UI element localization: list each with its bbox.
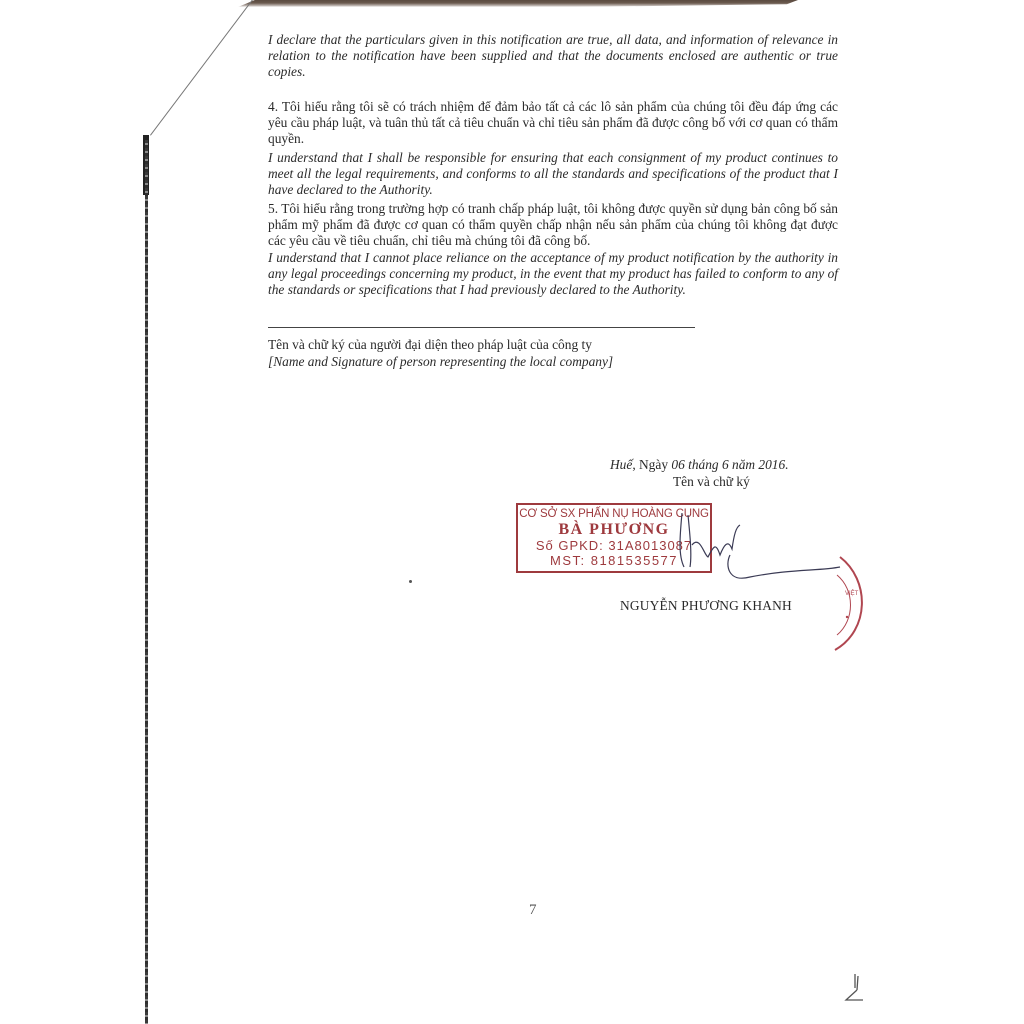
- item-4-en: I understand that I shall be responsible…: [268, 150, 838, 198]
- sign-label: Tên và chữ ký: [673, 474, 750, 490]
- date-line: Huế, Ngày 06 tháng 6 năm 2016.: [610, 457, 789, 473]
- page-number: 7: [529, 902, 537, 919]
- scan-edge-left: [145, 140, 148, 1024]
- round-seal-fragment: VIỆT: [815, 555, 875, 655]
- signer-name: NGUYỄN PHƯƠNG KHANH: [620, 598, 792, 614]
- signature-rule: [268, 327, 695, 328]
- item-5-vi: 5. Tôi hiểu rằng trong trường hợp có tra…: [268, 201, 838, 249]
- date-value: 06 tháng 6 năm 2016.: [671, 457, 788, 472]
- item-5-en: I understand that I cannot place relianc…: [268, 250, 838, 298]
- signature-label-en: [Name and Signature of person representi…: [268, 353, 613, 370]
- scan-edge-top: [238, 0, 798, 7]
- signature-label-vi: Tên và chữ ký của người đại diện theo ph…: [268, 336, 613, 353]
- date-prefix: , Ngày: [632, 457, 671, 472]
- signature-caption: Tên và chữ ký của người đại diện theo ph…: [268, 336, 613, 370]
- item-4-vi: 4. Tôi hiểu rằng tôi sẽ có trách nhiệm đ…: [268, 99, 838, 147]
- scanned-document-page: I declare that the particulars given in …: [0, 0, 1024, 1024]
- declaration-en: I declare that the particulars given in …: [268, 32, 838, 80]
- svg-text:VIỆT: VIỆT: [845, 589, 859, 597]
- date-place: Huế: [610, 457, 632, 472]
- scan-speck: [409, 580, 412, 583]
- scan-edge-diagonal: [150, 0, 253, 136]
- handwritten-mark: [843, 970, 868, 1005]
